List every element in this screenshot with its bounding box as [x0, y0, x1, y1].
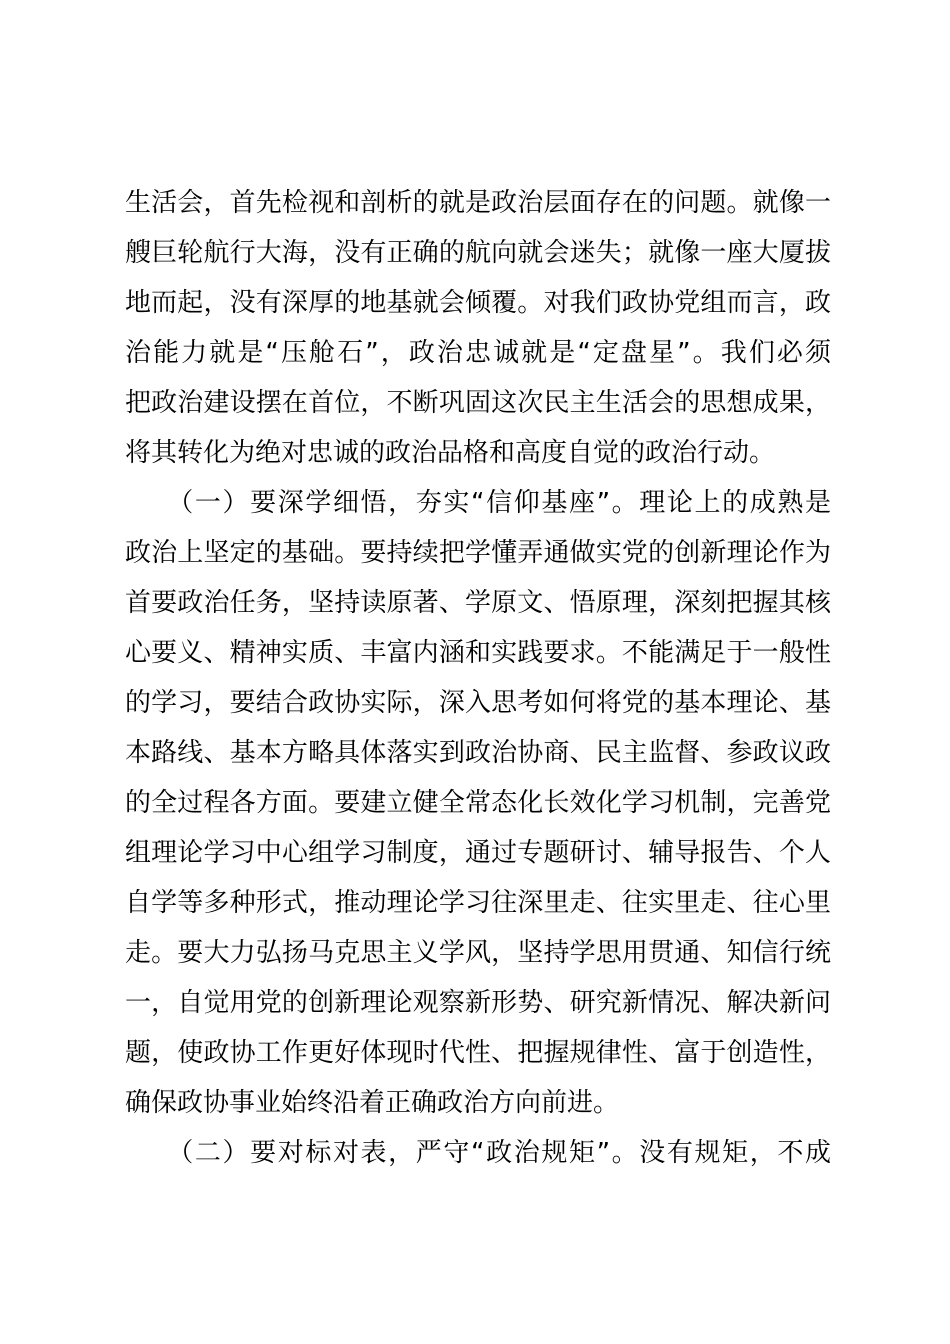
- text-line: 艘巨轮航行大海，没有正确的航向就会迷失；就像一座大厦拔: [125, 228, 831, 278]
- text-line: 把政治建设摆在首位，不断巩固这次民主生活会的思想成果，: [125, 378, 831, 428]
- text-block: 生活会，首先检视和剖析的就是政治层面存在的问题。就像一 艘巨轮航行大海，没有正确…: [125, 178, 831, 1178]
- text-line: 组理论学习中心组学习制度，通过专题研讨、辅导报告、个人: [125, 828, 831, 878]
- text-line: （二）要对标对表，严守“政治规矩”。没有规矩，不成: [125, 1128, 831, 1178]
- text-line: 走。要大力弘扬马克思主义学风，坚持学思用贯通、知信行统: [125, 928, 831, 978]
- text-line: 治能力就是“压舱石”，政治忠诚就是“定盘星”。我们必须: [125, 328, 831, 378]
- paragraph-3: （二）要对标对表，严守“政治规矩”。没有规矩，不成: [125, 1128, 831, 1178]
- document-page: 生活会，首先检视和剖析的就是政治层面存在的问题。就像一 艘巨轮航行大海，没有正确…: [0, 0, 950, 1344]
- text-line: 题，使政协工作更好体现时代性、把握规律性、富于创造性，: [125, 1028, 831, 1078]
- text-line: 本路线、基本方略具体落实到政治协商、民主监督、参政议政: [125, 728, 831, 778]
- text-line: 地而起，没有深厚的地基就会倾覆。对我们政协党组而言，政: [125, 278, 831, 328]
- text-line: 的学习，要结合政协实际，深入思考如何将党的基本理论、基: [125, 678, 831, 728]
- text-line: 心要义、精神实质、丰富内涵和实践要求。不能满足于一般性: [125, 628, 831, 678]
- text-line: 生活会，首先检视和剖析的就是政治层面存在的问题。就像一: [125, 178, 831, 228]
- text-line: 将其转化为绝对忠诚的政治品格和高度自觉的政治行动。: [125, 428, 831, 478]
- text-line: 首要政治任务，坚持读原著、学原文、悟原理，深刻把握其核: [125, 578, 831, 628]
- text-line: 政治上坚定的基础。要持续把学懂弄通做实党的创新理论作为: [125, 528, 831, 578]
- paragraph-2: （一）要深学细悟，夯实“信仰基座”。理论上的成熟是 政治上坚定的基础。要持续把学…: [125, 478, 831, 1128]
- text-line: 的全过程各方面。要建立健全常态化长效化学习机制，完善党: [125, 778, 831, 828]
- text-line: （一）要深学细悟，夯实“信仰基座”。理论上的成熟是: [125, 478, 831, 528]
- text-line: 确保政协事业始终沿着正确政治方向前进。: [125, 1078, 831, 1128]
- text-line: 自学等多种形式，推动理论学习往深里走、往实里走、往心里: [125, 878, 831, 928]
- text-line: 一，自觉用党的创新理论观察新形势、研究新情况、解决新问: [125, 978, 831, 1028]
- paragraph-1: 生活会，首先检视和剖析的就是政治层面存在的问题。就像一 艘巨轮航行大海，没有正确…: [125, 178, 831, 478]
